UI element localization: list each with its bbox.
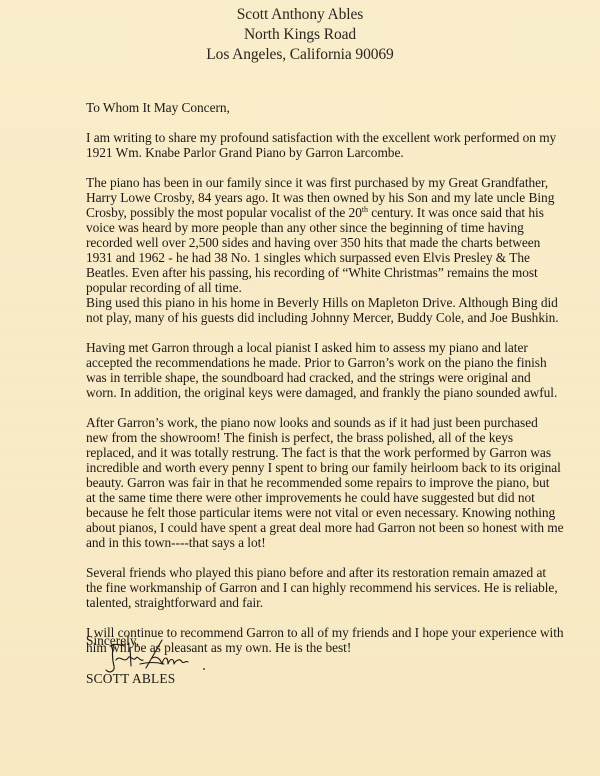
text-line: incredible and worth every penny I spent… xyxy=(86,460,556,475)
text-line: Crosby, possibly the most popular vocali… xyxy=(86,205,556,220)
text-line: because he felt those particular items w… xyxy=(86,505,556,520)
text-line: about pianos, I could have spent a great… xyxy=(86,520,556,535)
text-line: was in terrible shape, the soundboard ha… xyxy=(86,370,556,385)
text-line: beauty. Garron was fair in that he recom… xyxy=(86,475,556,490)
text-line: Having met Garron through a local pianis… xyxy=(86,340,556,355)
text-line: Bing used this piano in his home in Beve… xyxy=(86,295,556,310)
paragraph-history: The piano has been in our family since i… xyxy=(86,175,556,325)
text-line: talented, straightforward and fair. xyxy=(86,595,556,610)
letter-body: To Whom It May Concern, I am writing to … xyxy=(86,100,556,655)
text-line: After Garron’s work, the piano now looks… xyxy=(86,415,556,430)
text-line: Beatles. Even after his passing, his rec… xyxy=(86,265,556,280)
paragraph-intro: I am writing to share my profound satisf… xyxy=(86,130,556,160)
text-line: The piano has been in our family since i… xyxy=(86,175,556,190)
text-line: 1931 and 1962 - he had 38 No. 1 singles … xyxy=(86,250,556,265)
signer-name: SCOTT ABLES xyxy=(86,671,175,686)
letterhead: Scott Anthony Ables North Kings Road Los… xyxy=(0,5,600,65)
text-fragment: Crosby, possibly the most popular vocali… xyxy=(86,205,362,220)
text-line: worn. In addition, the original keys wer… xyxy=(86,385,556,400)
text-line: voice was heard by more people than any … xyxy=(86,220,556,235)
text-line: the fine workmanship of Garron and I can… xyxy=(86,580,556,595)
paragraph-assessment: Having met Garron through a local pianis… xyxy=(86,340,556,400)
text-line: replaced, and it was totally restrung. T… xyxy=(86,445,556,460)
text-line: popular recording of all time. xyxy=(86,280,556,295)
sender-name: Scott Anthony Ables xyxy=(0,5,600,25)
salutation: To Whom It May Concern, xyxy=(86,100,556,115)
text-line: 1921 Wm. Knabe Parlor Grand Piano by Gar… xyxy=(86,145,556,160)
letter-page: Scott Anthony Ables North Kings Road Los… xyxy=(0,0,600,776)
paragraph-friends: Several friends who played this piano be… xyxy=(86,565,556,610)
sender-city: Los Angeles, California 90069 xyxy=(0,45,600,65)
text-line: accepted the recommendations he made. Pr… xyxy=(86,355,556,370)
text-line: Harry Lowe Crosby, 84 years ago. It was … xyxy=(86,190,556,205)
text-fragment: century. It was once said that his xyxy=(368,205,544,220)
text-line: Several friends who played this piano be… xyxy=(86,565,556,580)
text-line: I am writing to share my profound satisf… xyxy=(86,130,556,145)
text-line: new from the showroom! The finish is per… xyxy=(86,430,556,445)
text-line: at the same time there were other improv… xyxy=(86,490,556,505)
sender-street: North Kings Road xyxy=(0,25,600,45)
text-line: recorded well over 2,500 sides and havin… xyxy=(86,235,556,250)
text-line: not play, many of his guests did includi… xyxy=(86,310,556,325)
paragraph-result: After Garron’s work, the piano now looks… xyxy=(86,415,556,550)
salutation-text: To Whom It May Concern, xyxy=(86,100,556,115)
text-line: and in this town----that says a lot! xyxy=(86,535,556,550)
